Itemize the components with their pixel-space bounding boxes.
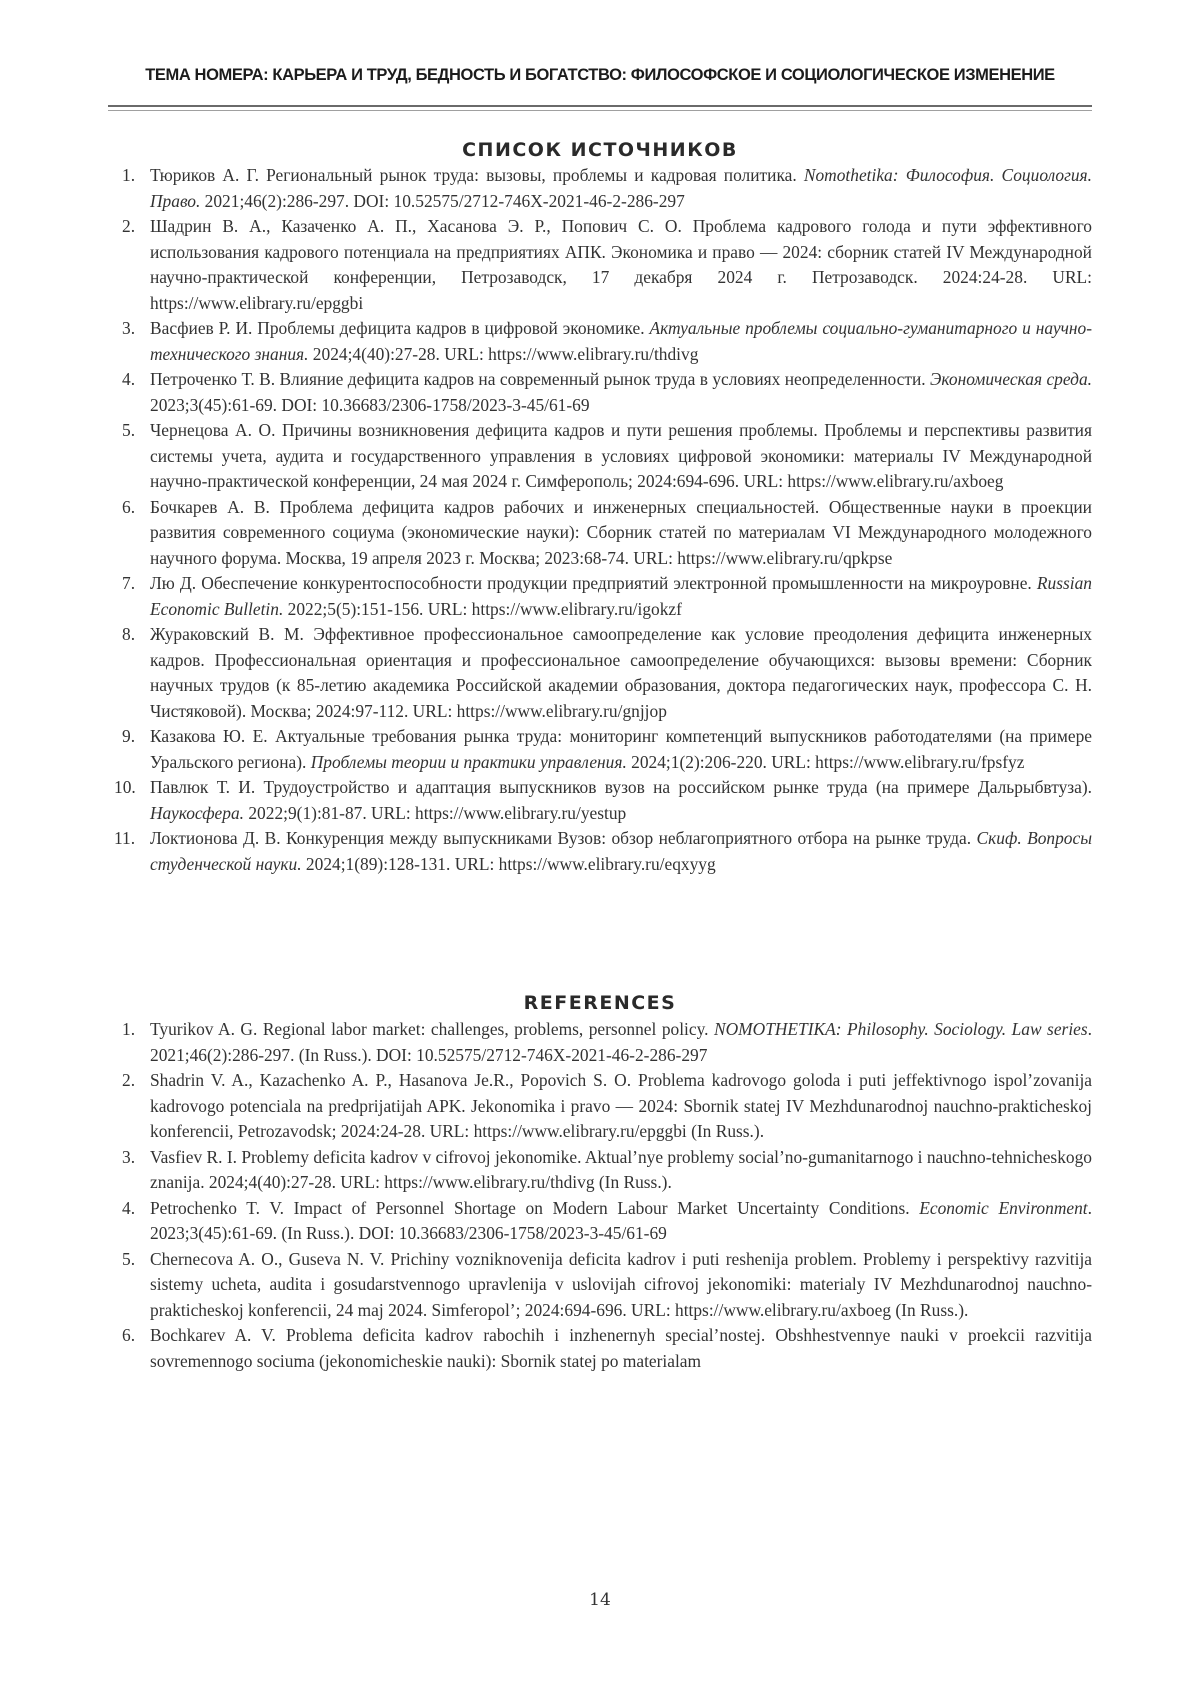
item-number: 9. — [122, 724, 135, 750]
item-number: 6. — [122, 495, 135, 521]
page-number: 14 — [0, 1590, 1200, 1610]
source-item: 2.Шадрин В. А., Казаченко А. П., Хасанов… — [124, 214, 1092, 316]
item-number: 5. — [122, 418, 135, 444]
item-number: 2. — [122, 214, 135, 240]
references-list: 1.Tyurikov A. G. Regional labor market: … — [124, 1017, 1092, 1374]
citation-text: Тюриков А. Г. Региональный рынок труда: … — [150, 165, 804, 185]
source-item: 8.Жураковский В. М. Эффективное професси… — [124, 622, 1092, 724]
source-item: 1.Тюриков А. Г. Региональный рынок труда… — [124, 163, 1092, 214]
source-item: 10.Павлюк Т. И. Трудоустройство и адапта… — [124, 775, 1092, 826]
item-number: 7. — [122, 571, 135, 597]
citation-text: 2023;3(45):61-69. DOI: 10.36683/2306-175… — [150, 395, 590, 415]
citation-text: 2024;4(40):27-28. URL: https://www.elibr… — [308, 344, 698, 364]
source-item: 3.Васфиев Р. И. Проблемы дефицита кадров… — [124, 316, 1092, 367]
citation-text: Чернецова А. О. Причины возникновения де… — [150, 420, 1092, 491]
item-number: 1. — [122, 163, 135, 189]
header-rule — [108, 105, 1092, 111]
citation-text: Chernecova A. O., Guseva N. V. Prichiny … — [150, 1249, 1092, 1320]
citation-text: Petrochenko T. V. Impact of Personnel Sh… — [150, 1198, 919, 1218]
reference-item: 1.Tyurikov A. G. Regional labor market: … — [124, 1017, 1092, 1068]
item-number: 3. — [122, 316, 135, 342]
citation-text: 2024;1(89):128-131. URL: https://www.eli… — [302, 854, 716, 874]
item-number: 4. — [122, 1196, 135, 1222]
citation-text: Павлюк Т. И. Трудоустройство и адаптация… — [150, 777, 1092, 797]
item-number: 2. — [122, 1068, 135, 1094]
citation-text: Васфиев Р. И. Проблемы дефицита кадров в… — [150, 318, 650, 338]
source-item: 5.Чернецова А. О. Причины возникновения … — [124, 418, 1092, 495]
source-item: 7.Лю Д. Обеспечение конкурентоспособност… — [124, 571, 1092, 622]
citation-text: 2022;5(5):151-156. URL: https://www.elib… — [283, 599, 682, 619]
reference-item: 5.Chernecova A. O., Guseva N. V. Prichin… — [124, 1247, 1092, 1324]
reference-item: 2.Shadrin V. A., Kazachenko A. P., Hasan… — [124, 1068, 1092, 1145]
running-head: ТЕМА НОМЕРА: КАРЬЕРА И ТРУД, БЕДНОСТЬ И … — [108, 66, 1092, 85]
source-title-italic: Economic Environment — [919, 1198, 1087, 1218]
sources-list: 1.Тюриков А. Г. Региональный рынок труда… — [124, 163, 1092, 877]
citation-text: Vasfiev R. I. Problemy deficita kadrov v… — [150, 1147, 1092, 1193]
source-item: 9.Казакова Ю. Е. Актуальные требования р… — [124, 724, 1092, 775]
source-title-italic: NOMOTHETIKA: Philosophy. Sociology. Law … — [714, 1019, 1088, 1039]
item-number: 11. — [114, 826, 135, 852]
source-item: 11.Локтионова Д. В. Конкуренция между вы… — [124, 826, 1092, 877]
source-title-italic: Экономическая среда. — [930, 369, 1092, 389]
citation-text: Bochkarev A. V. Problema deficita kadrov… — [150, 1325, 1092, 1371]
item-number: 3. — [122, 1145, 135, 1171]
citation-text: Лю Д. Обеспечение конкурентоспособности … — [150, 573, 1037, 593]
citation-text: 2022;9(1):81-87. URL: https://www.elibra… — [244, 803, 626, 823]
references-title: REFERENCES — [0, 992, 1200, 1014]
item-number: 4. — [122, 367, 135, 393]
citation-text: Shadrin V. A., Kazachenko A. P., Hasanov… — [150, 1070, 1092, 1141]
item-number: 8. — [122, 622, 135, 648]
source-item: 6.Бочкарев А. В. Проблема дефицита кадро… — [124, 495, 1092, 572]
reference-item: 6.Bochkarev A. V. Problema deficita kadr… — [124, 1323, 1092, 1374]
item-number: 10. — [114, 775, 136, 801]
reference-item: 3.Vasfiev R. I. Problemy deficita kadrov… — [124, 1145, 1092, 1196]
citation-text: Петроченко Т. В. Влияние дефицита кадров… — [150, 369, 930, 389]
reference-item: 4.Petrochenko T. V. Impact of Personnel … — [124, 1196, 1092, 1247]
citation-text: Tyurikov A. G. Regional labor market: ch… — [150, 1019, 714, 1039]
citation-text: 2024;1(2):206-220. URL: https://www.elib… — [627, 752, 1025, 772]
source-item: 4.Петроченко Т. В. Влияние дефицита кадр… — [124, 367, 1092, 418]
source-title-italic: Наукосфера. — [150, 803, 244, 823]
citation-text: Локтионова Д. В. Конкуренция между выпус… — [150, 828, 977, 848]
source-title-italic: Проблемы теории и практики управления. — [311, 752, 627, 772]
item-number: 5. — [122, 1247, 135, 1273]
citation-text: 2021;46(2):286-297. DOI: 10.52575/2712-7… — [200, 191, 684, 211]
sources-title: СПИСОК ИСТОЧНИКОВ — [0, 139, 1200, 161]
citation-text: Жураковский В. М. Эффективное профессион… — [150, 624, 1092, 721]
citation-text: Бочкарев А. В. Проблема дефицита кадров … — [150, 497, 1092, 568]
item-number: 1. — [122, 1017, 135, 1043]
item-number: 6. — [122, 1323, 135, 1349]
citation-text: Шадрин В. А., Казаченко А. П., Хасанова … — [150, 216, 1092, 313]
